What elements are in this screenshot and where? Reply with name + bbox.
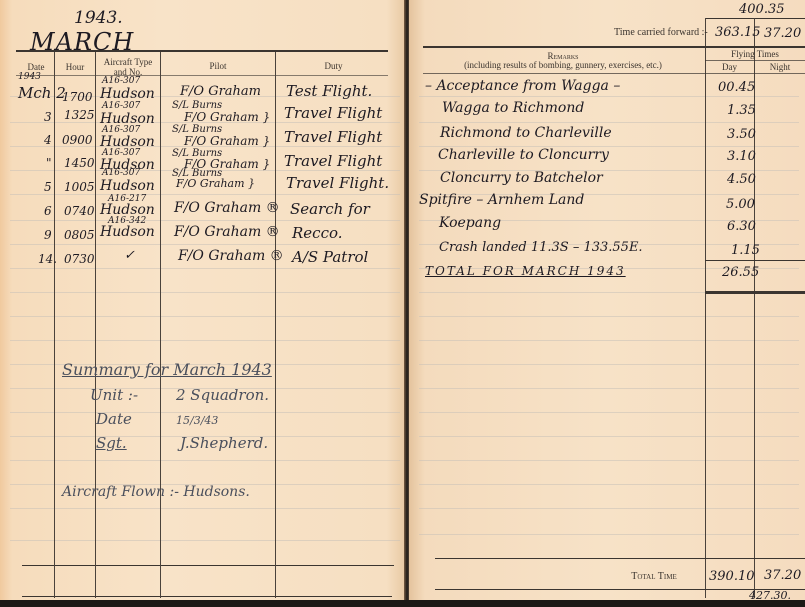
flying-times-header: Flying Times	[705, 49, 805, 59]
remarks-subheader: (including results of bombing, gunnery, …	[423, 60, 703, 70]
year-heading: 1943.	[74, 8, 123, 28]
right-logbook-page: Time carried forward :- 400.35 363.15 37…	[409, 0, 805, 607]
night-header: Night	[755, 62, 805, 72]
month-heading: MARCH	[30, 28, 134, 56]
page-edge-shadow	[0, 600, 805, 607]
column-header-pilot: Pilot	[161, 61, 275, 71]
column-header-hour: Hour	[55, 62, 95, 72]
summary-title: Summary for March 1943	[62, 360, 272, 379]
total-time-day: 390.10	[709, 569, 755, 584]
carried-forward-sum: 400.35	[739, 2, 785, 17]
time-carried-forward-label: Time carried forward :-	[614, 28, 709, 38]
year-under-date: 1943	[18, 72, 41, 82]
column-header-duty: Duty	[276, 61, 391, 71]
summary-date: 15/3/43	[176, 414, 218, 427]
summary-unit: 2 Squadron.	[176, 386, 269, 404]
column-header-date: Date	[18, 62, 54, 72]
summary-signature: J.Shepherd.	[180, 434, 268, 452]
day-header: Day	[705, 62, 754, 72]
column-header-aircraft: Aircraft Type and No.	[98, 57, 158, 77]
carried-forward-day: 363.15	[715, 25, 761, 40]
left-logbook-page: 1943. MARCH Date Hour Aircraft Type and …	[0, 0, 407, 607]
month-total-label: TOTAL FOR MARCH 1943	[425, 264, 626, 278]
aircraft-flown: Aircraft Flown :- Hudsons.	[62, 484, 250, 500]
month-total-day: 26.55	[722, 265, 759, 280]
carried-forward-night: 37.20	[764, 26, 801, 41]
total-time-night: 37.20	[764, 568, 801, 583]
total-time-label: Total Time	[619, 572, 689, 582]
